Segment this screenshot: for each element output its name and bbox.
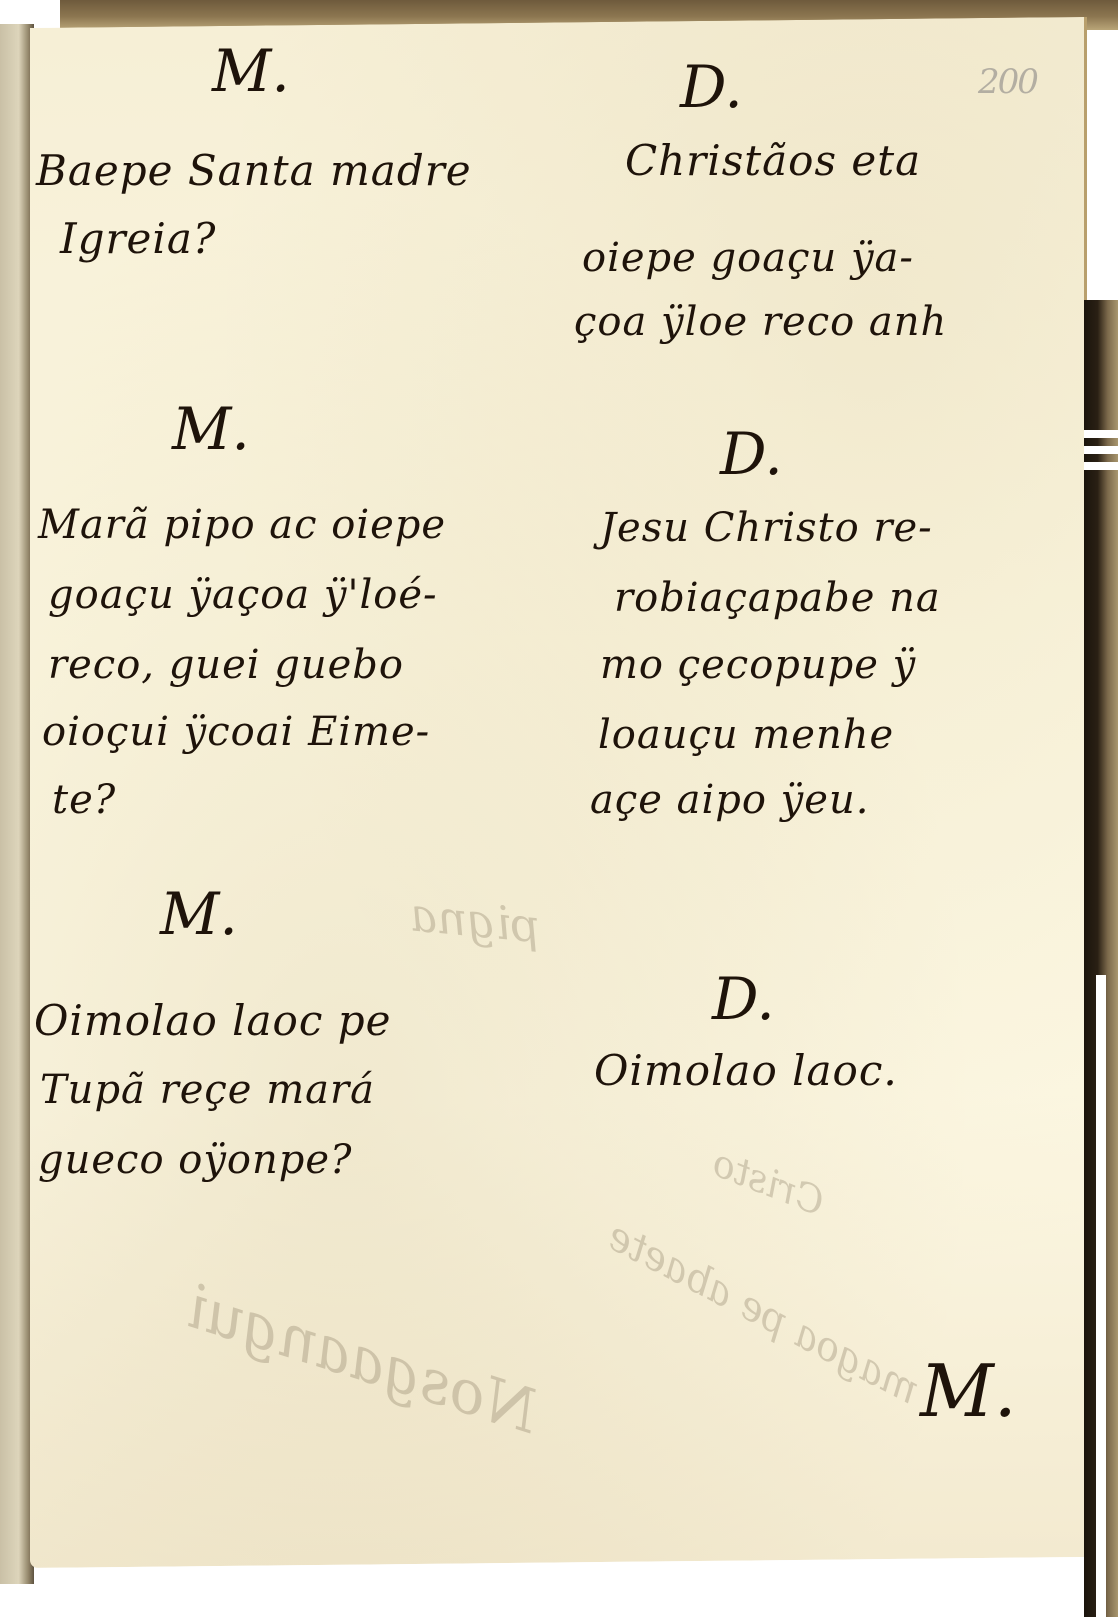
dialogue-line: Jesu Christo re- [600, 508, 933, 548]
book-gutter-left [0, 24, 34, 1584]
dialogue-line: gueco oÿonpe? [38, 1140, 352, 1180]
bleed-through-text: magoa pe abaete [599, 1213, 927, 1413]
dialogue-line: oiepe goaçu ÿa- [582, 238, 914, 278]
speaker-marker: D. [680, 58, 743, 116]
dialogue-line: çoa ÿloe reco anh [574, 302, 947, 342]
edge-mark [1084, 462, 1118, 470]
page-number: 200 [978, 62, 1037, 102]
edge-mark [1084, 446, 1118, 454]
dialogue-line: te? [52, 780, 116, 820]
scan-edge-marks [1084, 430, 1118, 478]
speaker-marker: M. [172, 400, 250, 458]
dialogue-line: loauçu menhe [598, 715, 894, 755]
speaker-marker: D. [720, 425, 783, 483]
bleed-through-text: Nosgaangui [178, 1272, 546, 1448]
dialogue-line: mo çecopupe ÿ [600, 645, 916, 685]
dialogue-line: robiaçapabe na [614, 578, 941, 618]
dialogue-line: açe aipo ÿeu. [590, 780, 869, 820]
speaker-marker: M. [920, 1355, 1017, 1427]
scan-edge-strip [1096, 975, 1106, 1617]
dialogue-line: oioçui ÿcoai Eime- [42, 712, 430, 752]
dialogue-line: Oimolao laoc pe [34, 1000, 391, 1042]
speaker-marker: M. [160, 885, 238, 943]
speaker-marker: M. [212, 42, 290, 100]
dialogue-line: Tupã reçe mará [40, 1070, 375, 1110]
dialogue-line: reco, guei guebo [48, 645, 404, 685]
speaker-marker: D. [712, 970, 775, 1028]
bleed-through-text: Cristo [706, 1140, 831, 1224]
dialogue-line: Christãos eta [625, 140, 921, 182]
dialogue-line: goaçu ÿaçoa ÿ'loé- [48, 575, 438, 615]
scan-margin [1102, 30, 1118, 300]
edge-mark [1084, 430, 1118, 438]
dialogue-line: Igreia? [60, 218, 216, 260]
dialogue-line: Oimolao laoc. [594, 1050, 898, 1092]
dialogue-line: Baepe Santa madre [36, 150, 472, 192]
bleed-through-text: pigna [408, 887, 544, 953]
dialogue-line: Marã pipo ac oiepe [38, 505, 446, 545]
